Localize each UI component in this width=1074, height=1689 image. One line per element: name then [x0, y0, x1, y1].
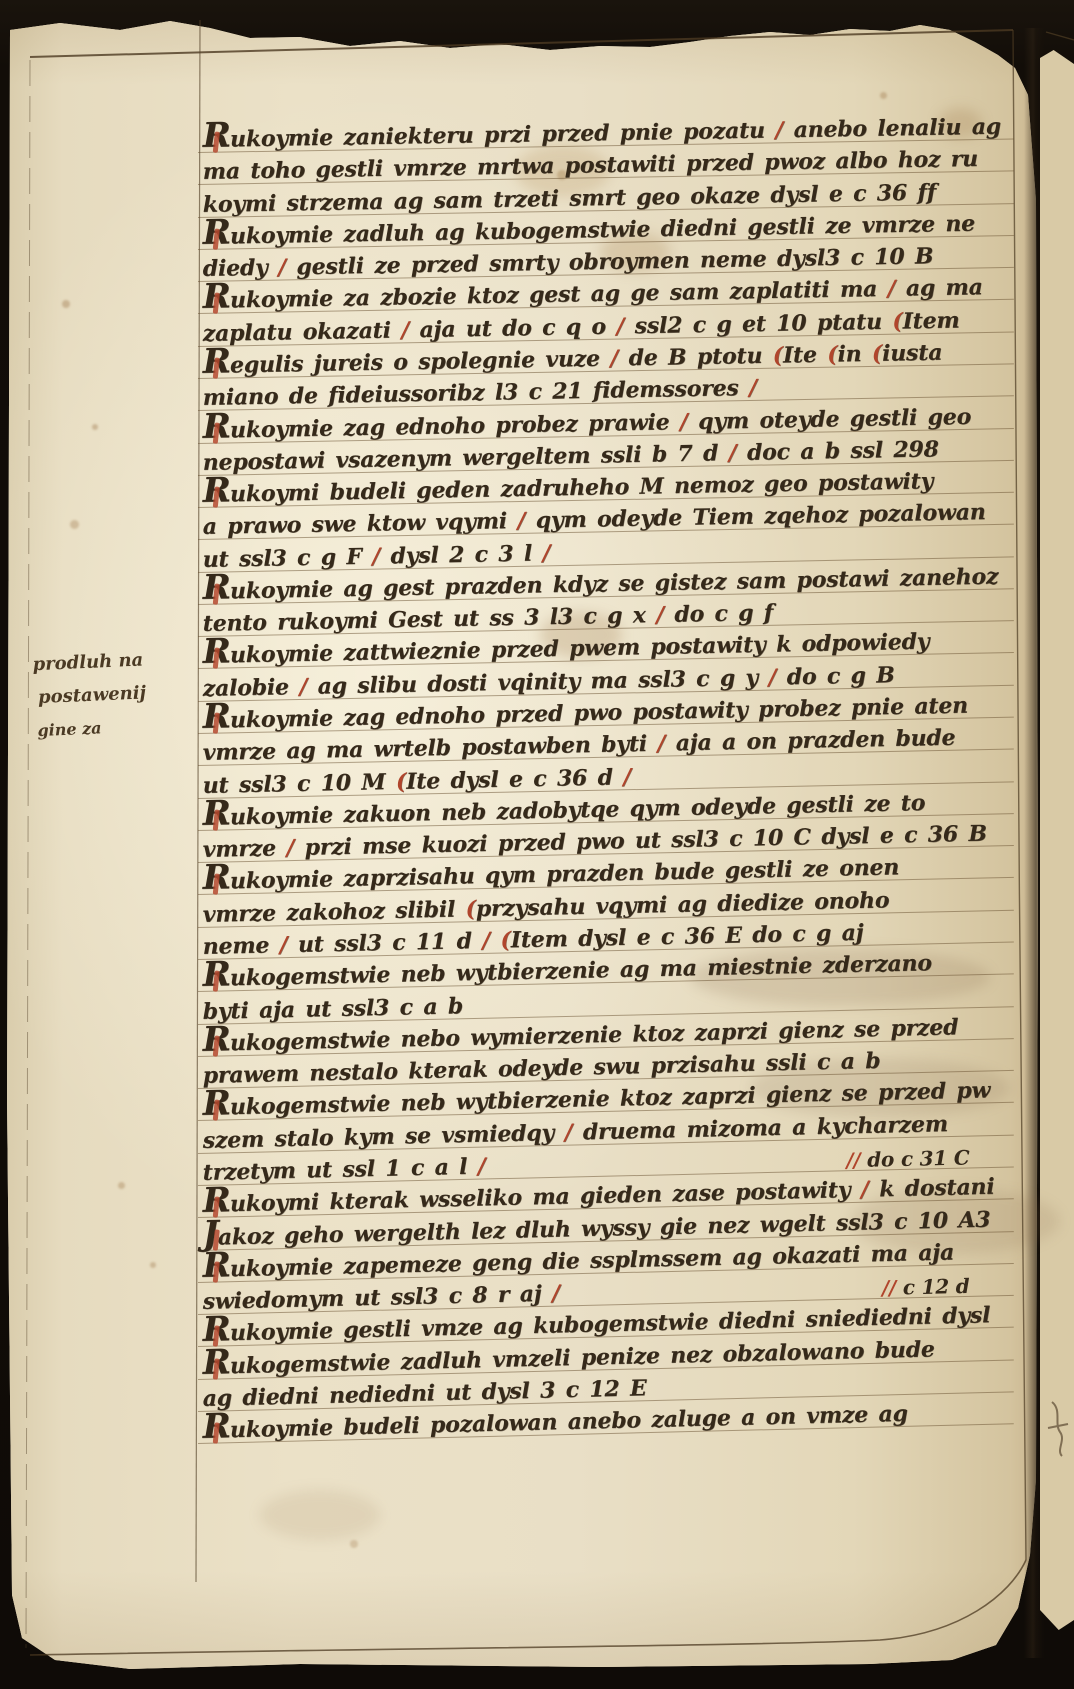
margin-note-line: gine za — [37, 708, 186, 747]
red-initial-stroke — [213, 1423, 220, 1444]
rubric-mark: / — [623, 764, 631, 790]
ink-squiggle — [1046, 1398, 1072, 1458]
rubricated-initial: R — [202, 1406, 230, 1447]
rubric-mark: / — [749, 375, 757, 401]
rubric-mark: / — [542, 540, 550, 566]
manuscript-photo: Rukoymie zaniekteru przi przed pnie poza… — [0, 0, 1074, 1689]
margin-note: prodluh na postawenij gine za — [32, 642, 186, 747]
